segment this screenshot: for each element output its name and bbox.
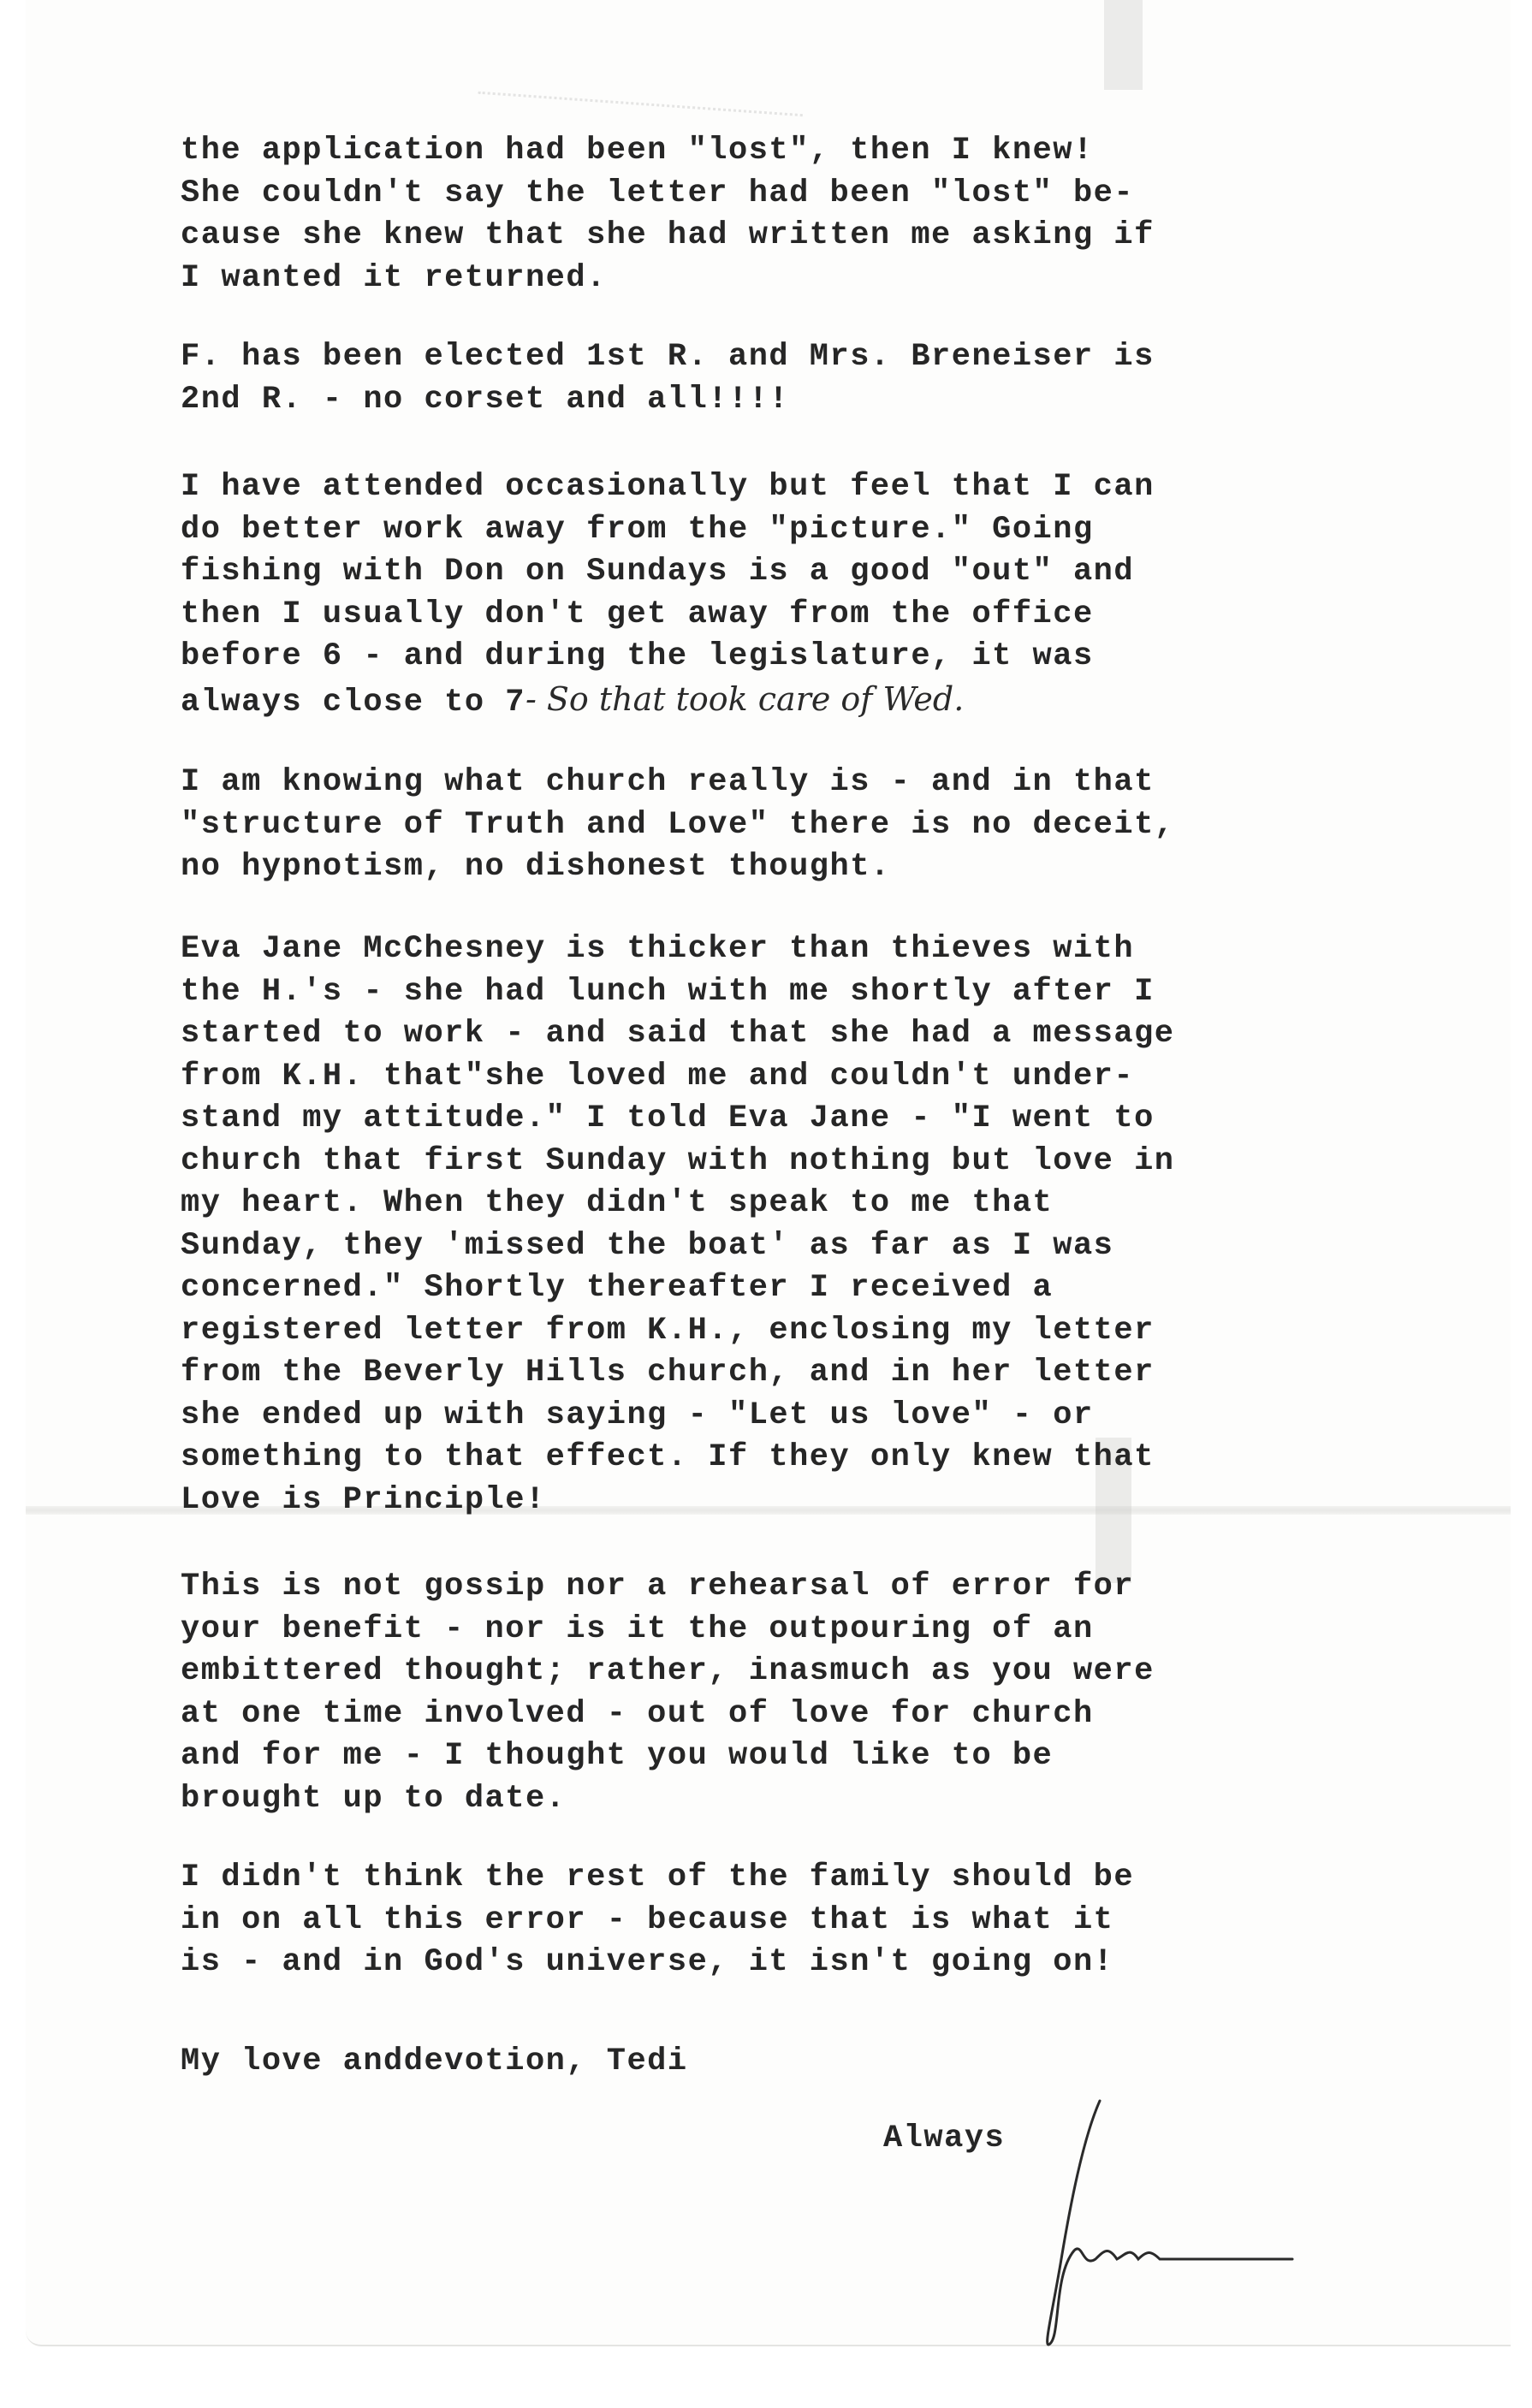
paragraph-family: I didn't think the rest of the family sh… bbox=[181, 1857, 1134, 1984]
tape-mark bbox=[1104, 0, 1143, 90]
text-line: no hypnotism, no dishonest thought. bbox=[181, 846, 1174, 889]
text-line: I am knowing what church really is - and… bbox=[181, 762, 1174, 804]
paragraph-elected: F. has been elected 1st R. and Mrs. Bren… bbox=[181, 336, 1155, 421]
text-line: stand my attitude." I told Eva Jane - "I… bbox=[181, 1098, 1174, 1141]
paragraph-church: I am knowing what church really is - and… bbox=[181, 762, 1174, 889]
text-line: at one time involved - out of love for c… bbox=[181, 1693, 1155, 1736]
paragraph-eva-jane: Eva Jane McChesney is thicker than thiev… bbox=[181, 928, 1174, 1521]
text-line: Love is Principle! bbox=[181, 1480, 1174, 1522]
text-line: This is not gossip nor a rehearsal of er… bbox=[181, 1566, 1155, 1609]
closing-line: My love anddevotion, Tedi bbox=[181, 2041, 688, 2084]
text-line: always close to 7- So that took care of … bbox=[181, 679, 1155, 725]
text-line: before 6 - and during the legislature, i… bbox=[181, 636, 1155, 679]
text-line: Sunday, they 'missed the boat' as far as… bbox=[181, 1225, 1174, 1268]
text-line: brought up to date. bbox=[181, 1778, 1155, 1821]
text-line: F. has been elected 1st R. and Mrs. Bren… bbox=[181, 336, 1155, 379]
text-line: church that first Sunday with nothing bu… bbox=[181, 1141, 1174, 1183]
paragraph-not-gossip: This is not gossip nor a rehearsal of er… bbox=[181, 1566, 1155, 1820]
text-line: in on all this error - because that is w… bbox=[181, 1900, 1134, 1942]
text-line: your benefit - nor is it the outpouring … bbox=[181, 1609, 1155, 1652]
text-line: 2nd R. - no corset and all!!!! bbox=[181, 379, 1155, 422]
text-line: something to that effect. If they only k… bbox=[181, 1437, 1174, 1480]
text-line: do better work away from the "picture." … bbox=[181, 509, 1155, 552]
text-line: "structure of Truth and Love" there is n… bbox=[181, 804, 1174, 847]
text-line: she ended up with saying - "Let us love"… bbox=[181, 1395, 1174, 1438]
text-line: is - and in God's universe, it isn't goi… bbox=[181, 1942, 1134, 1984]
text-line: I wanted it returned. bbox=[181, 258, 1155, 300]
text-line: embittered thought; rather, inasmuch as … bbox=[181, 1651, 1155, 1693]
text-line: fishing with Don on Sundays is a good "o… bbox=[181, 551, 1155, 594]
text-line: started to work - and said that she had … bbox=[181, 1013, 1174, 1056]
text-line: from the Beverly Hills church, and in he… bbox=[181, 1352, 1174, 1395]
text-line: from K.H. that"she loved me and couldn't… bbox=[181, 1056, 1174, 1099]
text-line: then I usually don't get away from the o… bbox=[181, 594, 1155, 637]
text-line: She couldn't say the letter had been "lo… bbox=[181, 173, 1155, 216]
text-line: concerned." Shortly thereafter I receive… bbox=[181, 1267, 1174, 1310]
text-line: my heart. When they didn't speak to me t… bbox=[181, 1183, 1174, 1225]
text-line: I have attended occasionally but feel th… bbox=[181, 466, 1155, 509]
text-line: cause she knew that she had written me a… bbox=[181, 215, 1155, 258]
text-line: Eva Jane McChesney is thicker than thiev… bbox=[181, 928, 1174, 971]
handwritten-note: - So that took care of Wed. bbox=[526, 680, 964, 718]
text-line: the application had been "lost", then I … bbox=[181, 130, 1155, 173]
sign-off: Always bbox=[883, 2118, 1005, 2161]
paragraph-attended: I have attended occasionally but feel th… bbox=[181, 466, 1155, 724]
paragraph-application-lost: the application had been "lost", then I … bbox=[181, 130, 1155, 300]
text-line: I didn't think the rest of the family sh… bbox=[181, 1857, 1134, 1900]
signature-susan bbox=[1001, 2088, 1344, 2362]
text-line: and for me - I thought you would like to… bbox=[181, 1735, 1155, 1778]
text-line: the H.'s - she had lunch with me shortly… bbox=[181, 971, 1174, 1014]
text-line: registered letter from K.H., enclosing m… bbox=[181, 1310, 1174, 1353]
